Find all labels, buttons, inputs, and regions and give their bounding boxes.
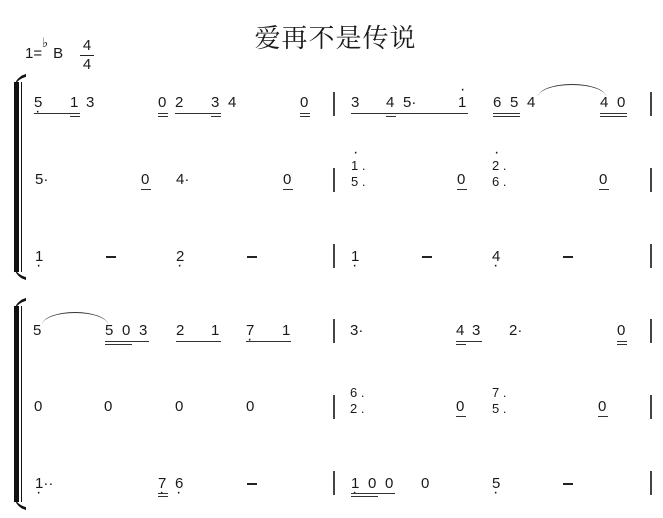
flat-sign-icon: ♭: [42, 35, 48, 51]
note: 4: [527, 95, 535, 111]
sustain-dash: [563, 256, 573, 258]
note: 1: [70, 95, 78, 111]
note: 3: [211, 95, 219, 111]
note: 1: [35, 249, 43, 265]
beam-line: [300, 113, 310, 114]
note: 3: [139, 323, 147, 339]
note: 0: [34, 399, 42, 415]
barline: [650, 395, 652, 419]
note: 0: [421, 476, 429, 492]
time-signature: 4 4: [80, 37, 94, 74]
note: 0: [283, 172, 291, 188]
note: 7: [158, 476, 166, 492]
beam-line: [34, 113, 80, 114]
sustain-dash: [563, 483, 573, 485]
beam-line: [456, 341, 482, 342]
barline: [333, 395, 335, 419]
note: 7 .: [492, 385, 506, 401]
beam-line: [493, 116, 520, 117]
note: 3·: [350, 323, 363, 339]
system-brace-line: [21, 306, 22, 502]
tie-slur: [42, 312, 108, 325]
beam-line: [600, 116, 627, 117]
beam-line: [105, 341, 149, 342]
note: 0: [246, 399, 254, 415]
beam-line: [158, 113, 168, 114]
barline: [650, 168, 652, 192]
note: 0: [457, 172, 465, 188]
barline: [650, 92, 652, 116]
note: 5: [510, 95, 518, 111]
beam-line: [158, 116, 168, 117]
note: 2: [176, 323, 184, 339]
beam-line: [493, 113, 520, 114]
note: 0: [599, 172, 607, 188]
beam-line: [456, 416, 466, 417]
beam-line: [351, 496, 378, 497]
beam-line: [300, 116, 310, 117]
note: 0: [385, 476, 393, 492]
note: 1: [351, 249, 359, 265]
barline: [333, 92, 335, 116]
note: 6: [493, 95, 501, 111]
note: 4: [492, 249, 500, 265]
note: 5 .: [492, 401, 506, 417]
note: 6 .: [492, 174, 506, 190]
barline: [333, 168, 335, 192]
note: 5 .: [351, 174, 365, 190]
beam-line: [105, 344, 132, 345]
note: 5·: [403, 95, 416, 111]
note: 2: [176, 249, 184, 265]
barline: [650, 244, 652, 268]
beam-line: [246, 341, 291, 342]
beam-line: [70, 116, 80, 117]
beam-line: [598, 416, 608, 417]
note: 0: [456, 399, 464, 415]
key-signature: 1=♭B: [25, 45, 63, 62]
note: 5: [33, 323, 41, 339]
beam-line: [351, 493, 395, 494]
note: 0: [141, 172, 149, 188]
note: 0: [300, 95, 308, 111]
note: 1··: [35, 476, 53, 492]
note: 2: [175, 95, 183, 111]
sustain-dash: [106, 256, 116, 258]
sustain-dash: [247, 256, 257, 258]
barline: [333, 244, 335, 268]
beam-line: [351, 113, 468, 114]
barline: [650, 471, 652, 495]
beam-line: [211, 116, 221, 117]
note: 2 .: [492, 158, 506, 174]
note: 0: [122, 323, 130, 339]
beam-line: [158, 493, 168, 494]
barline: [333, 319, 335, 343]
score-title: 爱再不是传说: [4, 18, 663, 55]
system-brace: [14, 82, 19, 272]
note: 4: [228, 95, 236, 111]
time-denominator: 4: [80, 56, 94, 74]
note: 1: [458, 95, 466, 111]
note: 1: [211, 323, 219, 339]
beam-line: [456, 344, 466, 345]
note: 1: [282, 323, 290, 339]
note: 0: [175, 399, 183, 415]
note: 0: [617, 95, 625, 111]
note: 0: [158, 95, 166, 111]
note: 4·: [176, 172, 189, 188]
barline: [333, 471, 335, 495]
note: 5: [34, 95, 42, 111]
note: 1: [351, 476, 359, 492]
system-brace: [14, 306, 19, 502]
beam-line: [176, 341, 221, 342]
key-letter: B: [53, 45, 63, 62]
note: 3: [351, 95, 359, 111]
note: 4: [600, 95, 608, 111]
system-brace-line: [21, 82, 22, 272]
beam-line: [158, 496, 168, 497]
note: 3: [86, 95, 94, 111]
beam-line: [141, 189, 151, 190]
note: 3: [472, 323, 480, 339]
note: 0: [104, 399, 112, 415]
note: 0: [368, 476, 376, 492]
note: 7: [246, 323, 254, 339]
sustain-dash: [247, 483, 257, 485]
beam-line: [617, 344, 627, 345]
note: 2·: [509, 323, 522, 339]
note: 1 .: [351, 158, 365, 174]
tie-slur: [538, 84, 606, 97]
note: 0: [598, 399, 606, 415]
beam-line: [599, 189, 609, 190]
note: 5·: [35, 172, 48, 188]
key-prefix: 1=: [25, 45, 42, 62]
beam-line: [457, 189, 467, 190]
beam-line: [283, 189, 293, 190]
beam-line: [617, 341, 627, 342]
beam-line: [600, 113, 627, 114]
note: 4: [386, 95, 394, 111]
note: 4: [456, 323, 464, 339]
sustain-dash: [422, 256, 432, 258]
note: 2 .: [350, 401, 364, 417]
time-numerator: 4: [80, 37, 94, 56]
barline: [650, 319, 652, 343]
beam-line: [386, 116, 396, 117]
note: 6 .: [350, 385, 364, 401]
note: 6: [175, 476, 183, 492]
note: 0: [617, 323, 625, 339]
beam-line: [175, 113, 221, 114]
note: 5: [105, 323, 113, 339]
note: 5: [492, 476, 500, 492]
